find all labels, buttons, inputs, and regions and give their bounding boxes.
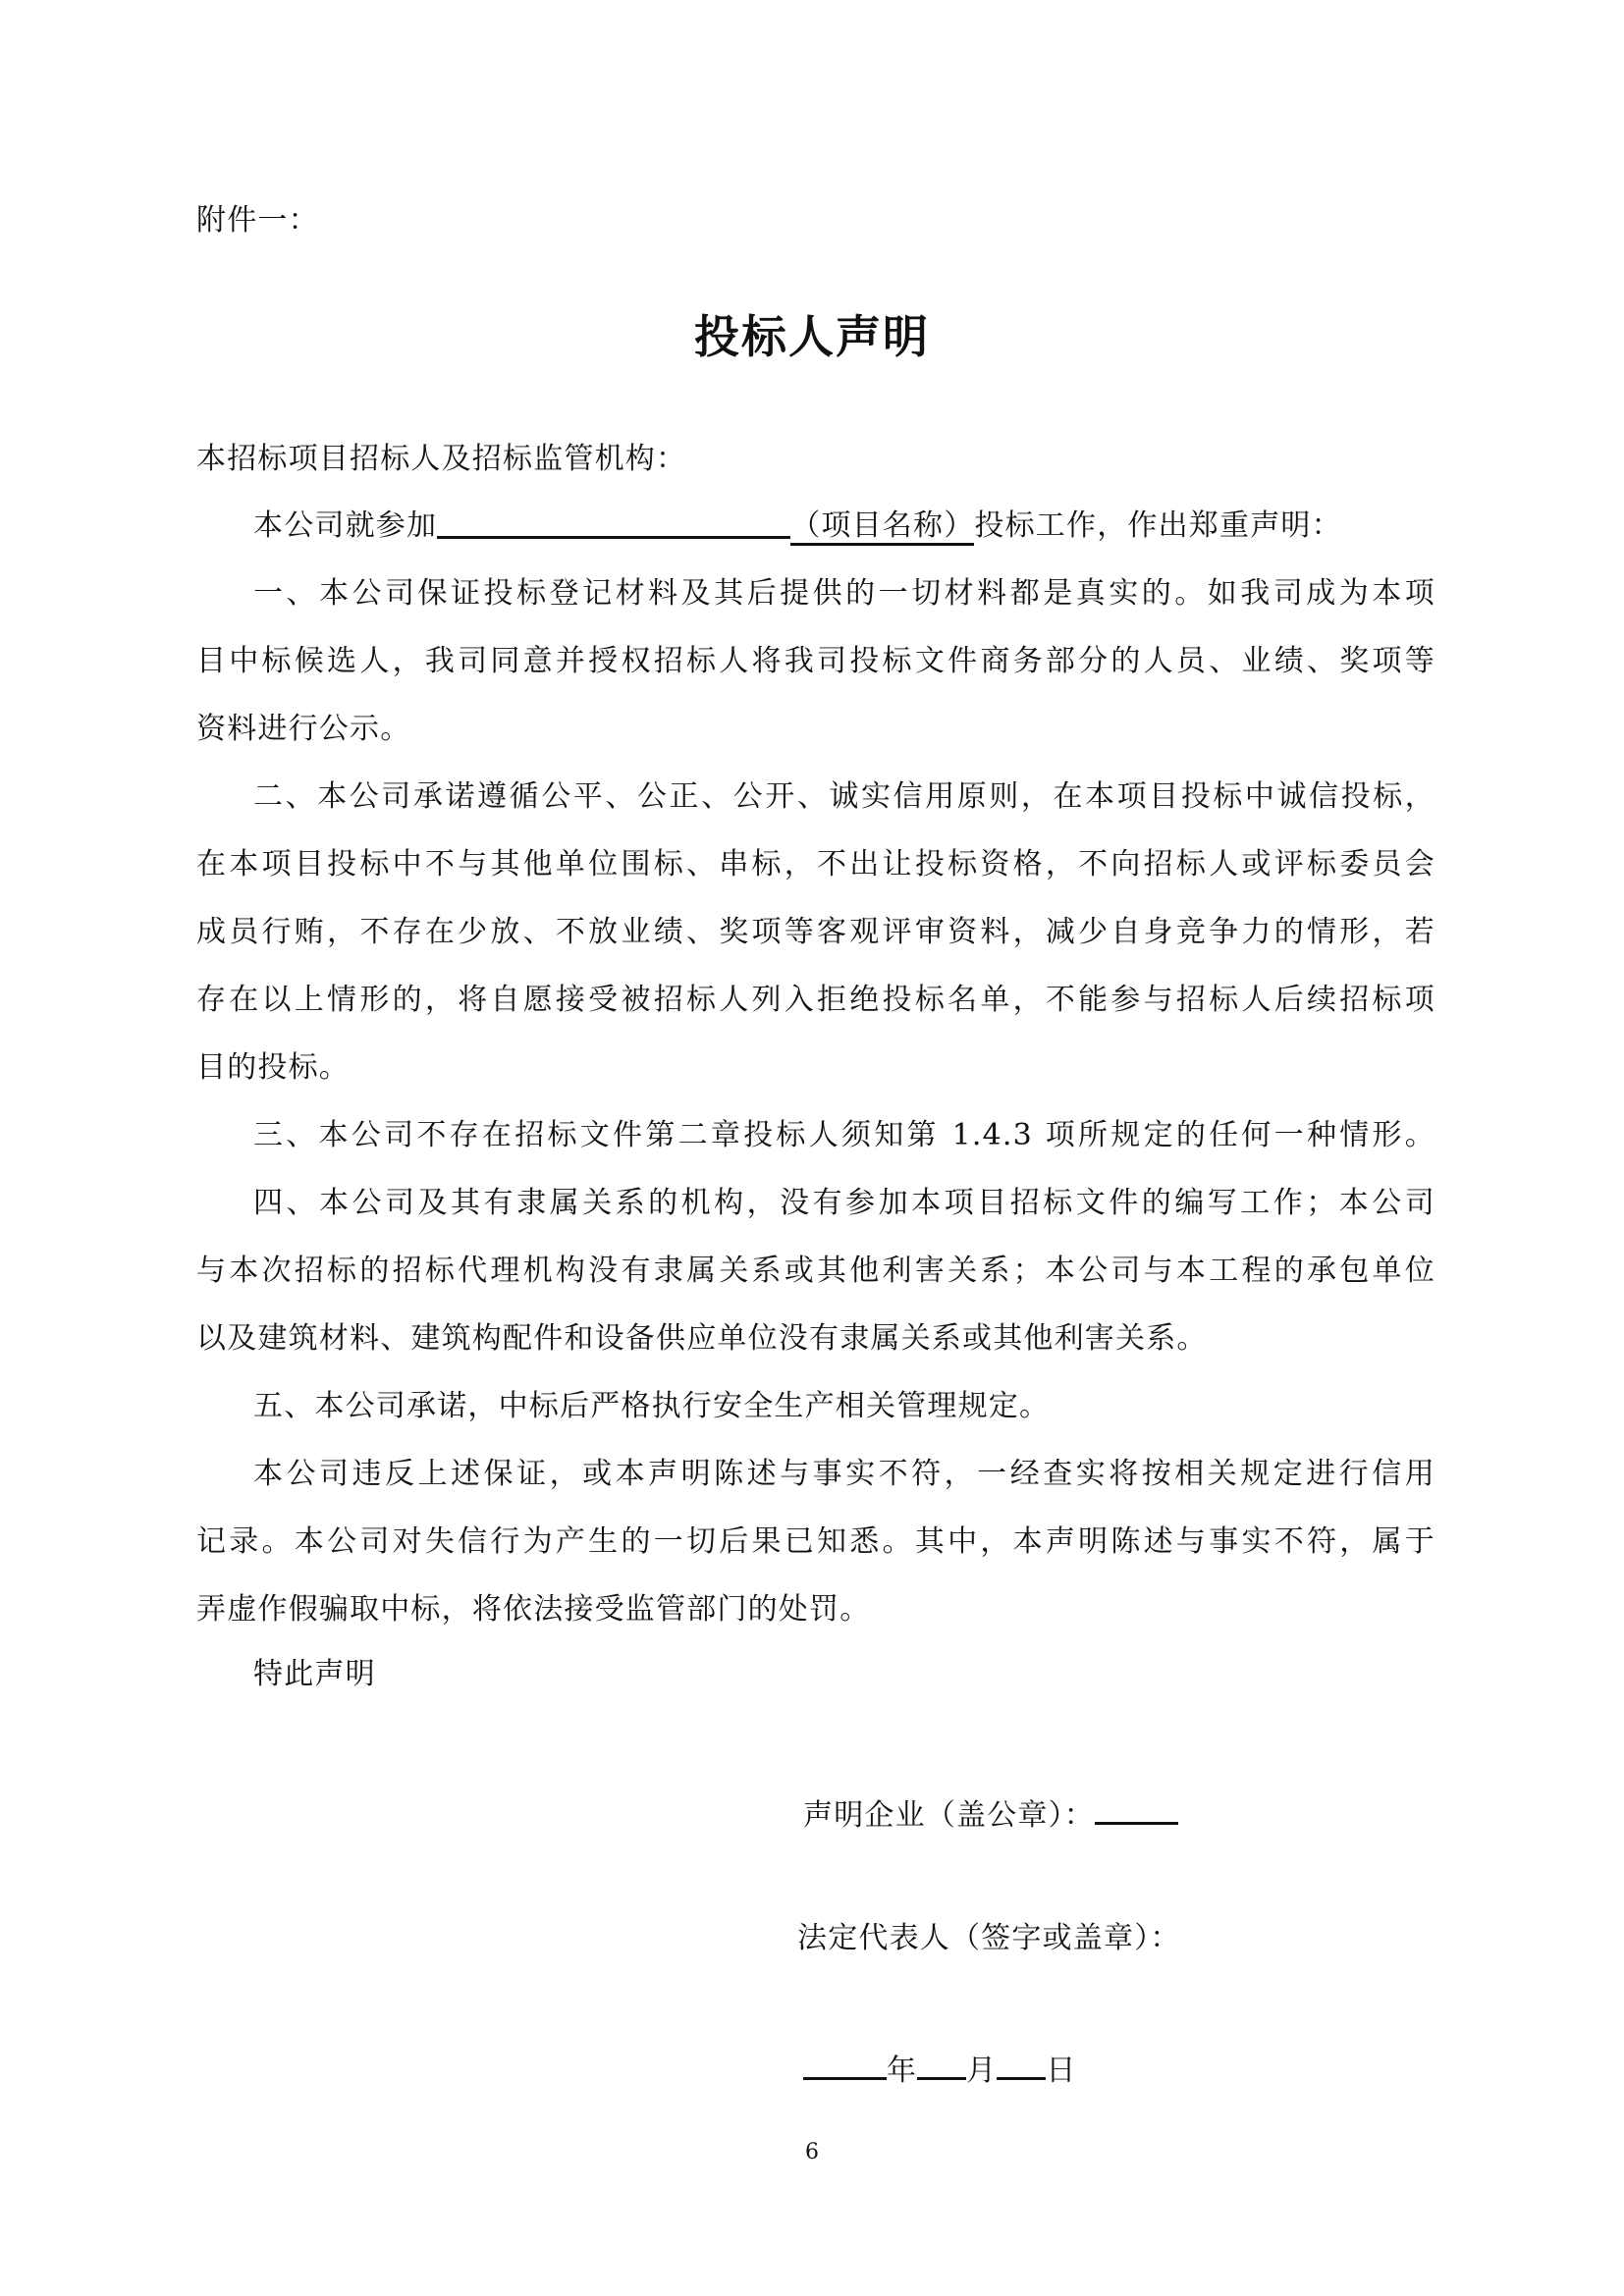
year-blank[interactable] (803, 2048, 887, 2080)
legal-rep-line: 法定代表人（签字或盖章）： (797, 1919, 1181, 1958)
project-name-blank[interactable] (437, 507, 790, 539)
paragraph-6-line-3: 弄虚作假骗取中标，将依法接受监管部门的处罚。 (196, 1590, 1435, 1629)
year-label: 年 (887, 2054, 917, 2088)
company-seal-line: 声明企业（盖公章）： (803, 1792, 1178, 1836)
paragraph-2-line-4: 存在以上情形的，将自愿接受被招标人列入拒绝投标名单，不能参与招标人后续招标项 (196, 981, 1435, 1020)
closing-statement: 特此声明 (253, 1655, 1435, 1694)
day-label: 日 (1046, 2054, 1076, 2088)
paragraph-4-line-3: 以及建筑材料、建筑构配件和设备供应单位没有隶属关系或其他利害关系。 (196, 1319, 1435, 1359)
paragraph-2-line-5: 目的投标。 (196, 1048, 1435, 1088)
paragraph-4-line-1: 四、本公司及其有隶属关系的机构，没有参加本项目招标文件的编写工作；本公司 (253, 1184, 1435, 1223)
intro-line: 本公司就参加（项目名称）投标工作，作出郑重声明： (253, 507, 1435, 546)
legal-rep-label: 法定代表人（签字或盖章）： (797, 1921, 1181, 1955)
paragraph-3-line-1: 三、本公司不存在招标文件第二章投标人须知第 1.4.3 项所规定的任何一种情形。 (253, 1116, 1435, 1155)
document-page: 附件一： 投标人声明 本招标项目招标人及招标监管机构： 本公司就参加（项目名称）… (0, 0, 1624, 2296)
day-blank[interactable] (997, 2048, 1046, 2080)
paragraph-4-line-2: 与本次招标的招标代理机构没有隶属关系或其他利害关系；本公司与本工程的承包单位 (196, 1252, 1435, 1291)
date-line: 年月日 (803, 2048, 1077, 2091)
company-seal-blank[interactable] (1095, 1792, 1178, 1825)
paragraph-2-line-1: 二、本公司承诺遵循公平、公正、公开、诚实信用原则，在本项目投标中诚信投标， (253, 777, 1435, 817)
month-label: 月 (966, 2054, 997, 2088)
paragraph-5-line-1: 五、本公司承诺，中标后严格执行安全生产相关管理规定。 (253, 1387, 1435, 1426)
page-number: 6 (0, 2140, 1624, 2164)
addressee: 本招标项目招标人及招标监管机构： (196, 440, 1435, 479)
company-seal-label: 声明企业（盖公章）： (803, 1798, 1095, 1833)
paragraph-1-line-1: 一、本公司保证投标登记材料及其后提供的一切材料都是真实的。如我司成为本项 (253, 574, 1435, 614)
intro-prefix: 本公司就参加 (253, 508, 437, 543)
paragraph-6-line-1: 本公司违反上述保证，或本声明陈述与事实不符，一经查实将按相关规定进行信用 (253, 1455, 1435, 1494)
month-blank[interactable] (917, 2048, 966, 2080)
document-title: 投标人声明 (0, 309, 1624, 364)
paragraph-1-line-3: 资料进行公示。 (196, 710, 1435, 749)
paragraph-2-line-2: 在本项目投标中不与其他单位围标、串标，不出让投标资格，不向招标人或评标委员会 (196, 845, 1435, 884)
project-name-label: （项目名称） (790, 508, 974, 546)
paragraph-6-line-2: 记录。本公司对失信行为产生的一切后果已知悉。其中，本声明陈述与事实不符，属于 (196, 1522, 1435, 1562)
attachment-label: 附件一： (196, 201, 1435, 240)
intro-suffix: 投标工作，作出郑重声明： (974, 508, 1341, 543)
paragraph-2-line-3: 成员行贿，不存在少放、不放业绩、奖项等客观评审资料，减少自身竞争力的情形，若 (196, 913, 1435, 952)
paragraph-1-line-2: 目中标候选人，我司同意并授权招标人将我司投标文件商务部分的人员、业绩、奖项等 (196, 642, 1435, 681)
